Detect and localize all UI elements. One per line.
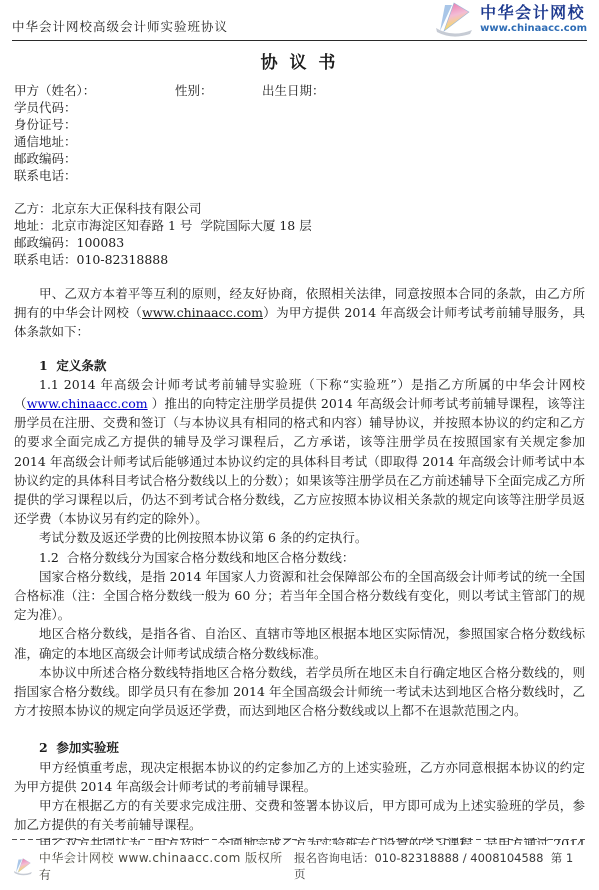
party-a-student-code-label: 学员代码： <box>14 99 585 116</box>
party-b-address-line: 地址：北京市海淀区知春路 1 号 学院国际大厦 18 层 <box>14 217 585 234</box>
chinaacc-link-blue[interactable]: www.chinaacc.com <box>27 396 148 411</box>
page-footer: 中华会计网校 www.chinaacc.com 版权所有 报名咨询电话：010-… <box>12 839 587 883</box>
party-a-birthdate-label: 出生日期： <box>262 82 325 99</box>
party-a-phone-label: 联系电话： <box>14 167 585 184</box>
party-a-gender-label: 性别： <box>175 82 262 99</box>
party-b-name-line: 乙方：北京东大正保科技有限公司 <box>14 200 585 217</box>
footer-copyright-text: 中华会计网校 www.chinaacc.com 版权所有 <box>39 849 294 883</box>
document-header-label: 中华会计网校高级会计师实验班协议 <box>12 17 228 40</box>
party-b-phone-line: 联系电话：010-82318888 <box>14 251 585 268</box>
section-1-heading: 1 定义条款 <box>14 356 585 375</box>
document-title: 协 议 书 <box>14 52 585 74</box>
brand-url-link[interactable]: www.chinaacc.com <box>480 23 587 34</box>
join-class-paragraph-1: 甲方经慎重考虑，现决定根据本协议的约定参加乙方的上述实验班，乙方亦同意根据本协议… <box>14 758 585 796</box>
chinaacc-link[interactable]: www.chinaacc.com <box>142 305 263 320</box>
document-body: 协 议 书 甲方（姓名）： 性别： 出生日期： 学员代码： 身份证号： 通信地址… <box>0 41 599 845</box>
clause-1-1-paragraph: 1.1 2014 年高级会计师考试考前辅导实验班（下称“实验班”）是指乙方所属的… <box>14 375 585 529</box>
footer-contact-text: 报名咨询电话：010-82318888 / 4008104588 第 1 页 <box>294 850 587 882</box>
party-b-block: 乙方：北京东大正保科技有限公司 地址：北京市海淀区知春路 1 号 学院国际大厦 … <box>14 200 585 268</box>
footer-divider <box>12 839 587 840</box>
page-header: 中华会计网校高级会计师实验班协议 中华会计网校 www.chinaacc.com <box>12 0 587 41</box>
party-a-postcode-label: 邮政编码： <box>14 150 585 167</box>
party-b-postcode-line: 邮政编码：100083 <box>14 234 585 251</box>
party-a-top-row: 甲方（姓名）： 性别： 出生日期： <box>14 82 585 99</box>
join-class-paragraph-2: 甲方在根据乙方的有关要求完成注册、交费和签署本协议后，甲方即可成为上述实验班的学… <box>14 796 585 834</box>
national-passline-paragraph: 国家合格分数线，是指 2014 年国家人力资源和社会保障部公布的全国高级会计师考… <box>14 567 585 625</box>
intro-paragraph: 甲、乙双方本着平等互利的原则，经友好协商，依照相关法律，同意按照本合同的条款，由… <box>14 284 585 342</box>
clause-1-2-paragraph: 1.2 合格分数线分为国家合格分数线和地区合格分数线： <box>14 548 585 567</box>
site-logo[interactable]: 中华会计网校 www.chinaacc.com <box>432 0 587 40</box>
brand-text-block: 中华会计网校 www.chinaacc.com <box>480 4 587 34</box>
brand-triangle-icon <box>432 0 476 38</box>
footer-copyright-block: 中华会计网校 www.chinaacc.com 版权所有 <box>12 849 294 883</box>
party-a-name-label: 甲方（姓名）： <box>14 82 175 99</box>
section-2-heading: 2 参加实验班 <box>14 738 585 757</box>
footer-row: 中华会计网校 www.chinaacc.com 版权所有 报名咨询电话：010-… <box>12 849 587 883</box>
agreement-page: 中华会计网校高级会计师实验班协议 中华会计网校 www.chinaacc.com <box>0 0 599 890</box>
party-a-mail-address-label: 通信地址： <box>14 133 585 150</box>
party-a-id-number-label: 身份证号： <box>14 116 585 133</box>
party-a-block: 甲方（姓名）： 性别： 出生日期： 学员代码： 身份证号： 通信地址： 邮政编码… <box>14 82 585 184</box>
footer-brand-icon <box>12 857 34 876</box>
clause-score-refund-paragraph: 考试分数及返还学费的比例按照本协议第 6 条的约定执行。 <box>14 528 585 547</box>
passline-definition-paragraph: 本协议中所述合格分数线特指地区合格分数线，若学员所在地区未自行确定地区合格分数线… <box>14 663 585 721</box>
regional-passline-paragraph: 地区合格分数线，是指各省、自治区、直辖市等地区根据本地区实际情况，参照国家合格分… <box>14 624 585 662</box>
brand-name: 中华会计网校 <box>480 4 585 22</box>
clause-1-1-post: ）推出的向特定注册学员提供 2014 年高级会计师考试考前辅导课程，该等注册学员… <box>14 396 589 526</box>
